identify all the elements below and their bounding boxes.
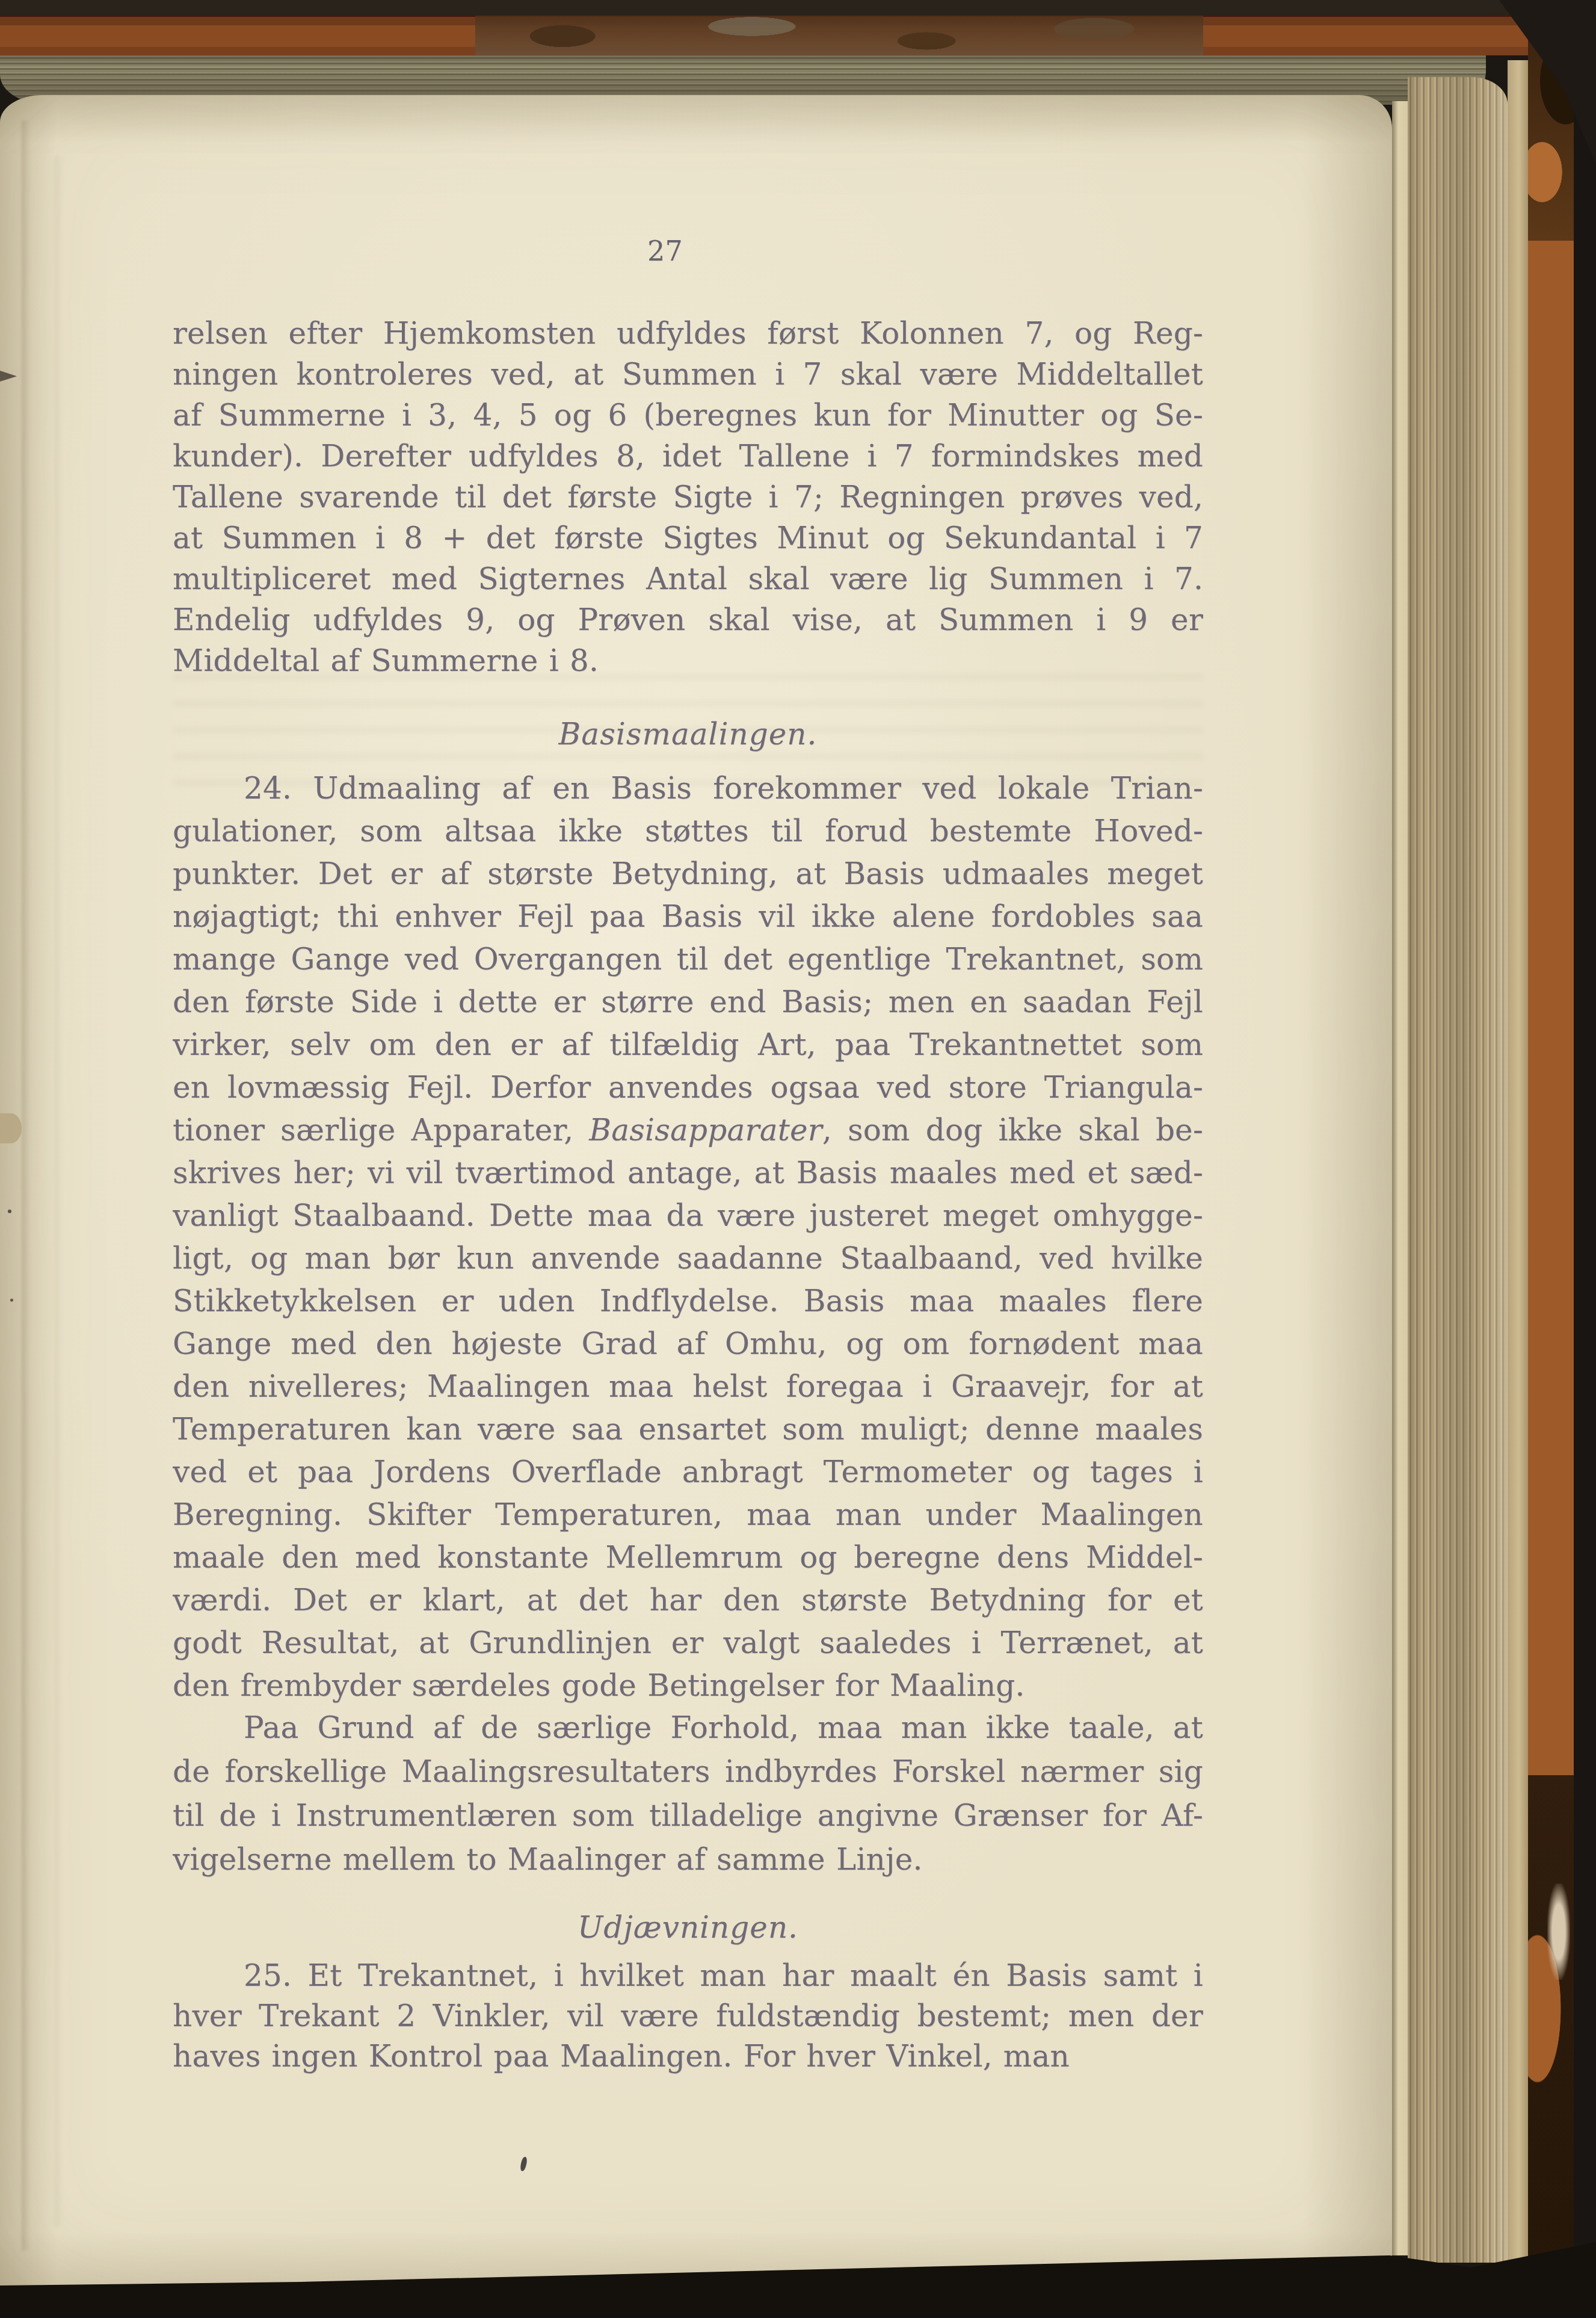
photo-right-edge <box>1574 0 1596 2318</box>
page-fore-edge-sliver <box>1392 101 1408 2255</box>
page-crease <box>22 120 30 2251</box>
text-line: 25. Et Trekantnet, i hvilket man har maa… <box>173 1956 1203 1996</box>
text-line: hver Trekant 2 Vinkler, vil være fuldstæ… <box>173 1996 1203 2036</box>
cover-scratch <box>1547 1884 1570 1980</box>
para-continuation: relsen efter Hjemkomsten udfyldes først … <box>173 313 1203 681</box>
section-heading: Udjævningen. <box>173 1905 1203 1950</box>
text-line: Gange med den højeste Grad af Omhu, og o… <box>173 1323 1203 1365</box>
text-line: Tallene svarende til det første Sigte i … <box>173 477 1203 518</box>
text-line: Beregning. Skifter Temperaturen, maa man… <box>173 1494 1203 1536</box>
text-line: de forskellige Maalingsresultaters indby… <box>173 1750 1203 1794</box>
text-line: den første Side i dette er større end Ba… <box>173 981 1203 1024</box>
text-line: vanligt Staalbaand. Dette maa da være ju… <box>173 1195 1203 1237</box>
text-line: værdi. Det er klart, at det har den stør… <box>173 1579 1203 1622</box>
cover-worn-patch-bottom <box>1528 1775 1575 2294</box>
text-line: Endelig udfyldes 9, og Prøven skal vise,… <box>173 599 1203 640</box>
para-24: 24. Udmaaling af en Basis forekommer ved… <box>173 767 1203 1707</box>
ink-speck <box>10 1299 13 1302</box>
text-line: mange Gange ved Overgangen til det egent… <box>173 938 1203 981</box>
text-line: tioner særlige Apparater, Basisapparater… <box>173 1109 1203 1152</box>
book-fore-edge-pages <box>1408 77 1508 2263</box>
text-line: af Summerne i 3, 4, 5 og 6 (beregnes kun… <box>173 395 1203 436</box>
text-line: til de i Instrumentlæren som tilladelige… <box>173 1794 1203 1838</box>
page-crease <box>55 156 61 2227</box>
para-forhold: Paa Grund af de særlige Forhold, maa man… <box>173 1706 1203 1882</box>
text-line: relsen efter Hjemkomsten udfyldes først … <box>173 313 1203 354</box>
text-line: Middeltal af Summerne i 8. <box>173 640 1203 681</box>
text-line: vigelserne mellem to Maalinger af samme … <box>173 1838 1203 1882</box>
text-block: 27 relsen efter Hjemkomsten udfyldes før… <box>173 0 1203 2318</box>
text-line: den nivelleres; Maalingen maa helst fore… <box>173 1365 1203 1408</box>
text-line: kunder). Derefter udfyldes 8, idet Talle… <box>173 436 1203 477</box>
text-line: haves ingen Kontrol paa Maalingen. For h… <box>173 2036 1203 2077</box>
text-line: ligt, og man bør kun anvende saadanne St… <box>173 1237 1203 1280</box>
section-heading: Basismaalingen. <box>173 712 1203 756</box>
text-line: 24. Udmaaling af en Basis forekommer ved… <box>173 767 1203 810</box>
text-line: en lovmæssig Fejl. Derfor anvendes ogsaa… <box>173 1066 1203 1109</box>
text-line: ved et paa Jordens Overflade anbragt Ter… <box>173 1451 1203 1494</box>
page-edge-crease <box>0 1113 22 1143</box>
text-line: at Summen i 8 + det første Sigtes Minut … <box>173 518 1203 558</box>
page-number: 27 <box>150 230 1180 272</box>
text-line: godt Resultat, at Grundlinjen er valgt s… <box>173 1622 1203 1664</box>
book-photo: 27 relsen efter Hjemkomsten udfyldes før… <box>0 0 1596 2318</box>
text-line: nøjagtigt; thi enhver Fejl paa Basis vil… <box>173 895 1203 938</box>
cover-board-edge <box>1508 60 1528 2265</box>
text-line: gulationer, som altsaa ikke støttes til … <box>173 810 1203 853</box>
text-line: punkter. Det er af største Betydning, at… <box>173 853 1203 895</box>
text-line: maale den med konstante Mellemrum og ber… <box>173 1536 1203 1579</box>
text-line: Stikketykkelsen er uden Indflydelse. Bas… <box>173 1280 1203 1323</box>
text-line: skrives her; vi vil tværtimod antage, at… <box>173 1152 1203 1195</box>
para-25: 25. Et Trekantnet, i hvilket man har maa… <box>173 1956 1203 2077</box>
text-line: ningen kontroleres ved, at Summen i 7 sk… <box>173 354 1203 395</box>
text-line: virker, selv om den er af tilfældig Art,… <box>173 1024 1203 1066</box>
text-line: Paa Grund af de særlige Forhold, maa man… <box>173 1706 1203 1750</box>
text-line: den frembyder særdeles gode Betingelser … <box>173 1664 1203 1707</box>
ink-speck <box>8 1210 11 1213</box>
text-line: Temperaturen kan være saa ensartet som m… <box>173 1408 1203 1451</box>
text-line: multipliceret med Sigternes Antal skal v… <box>173 558 1203 599</box>
